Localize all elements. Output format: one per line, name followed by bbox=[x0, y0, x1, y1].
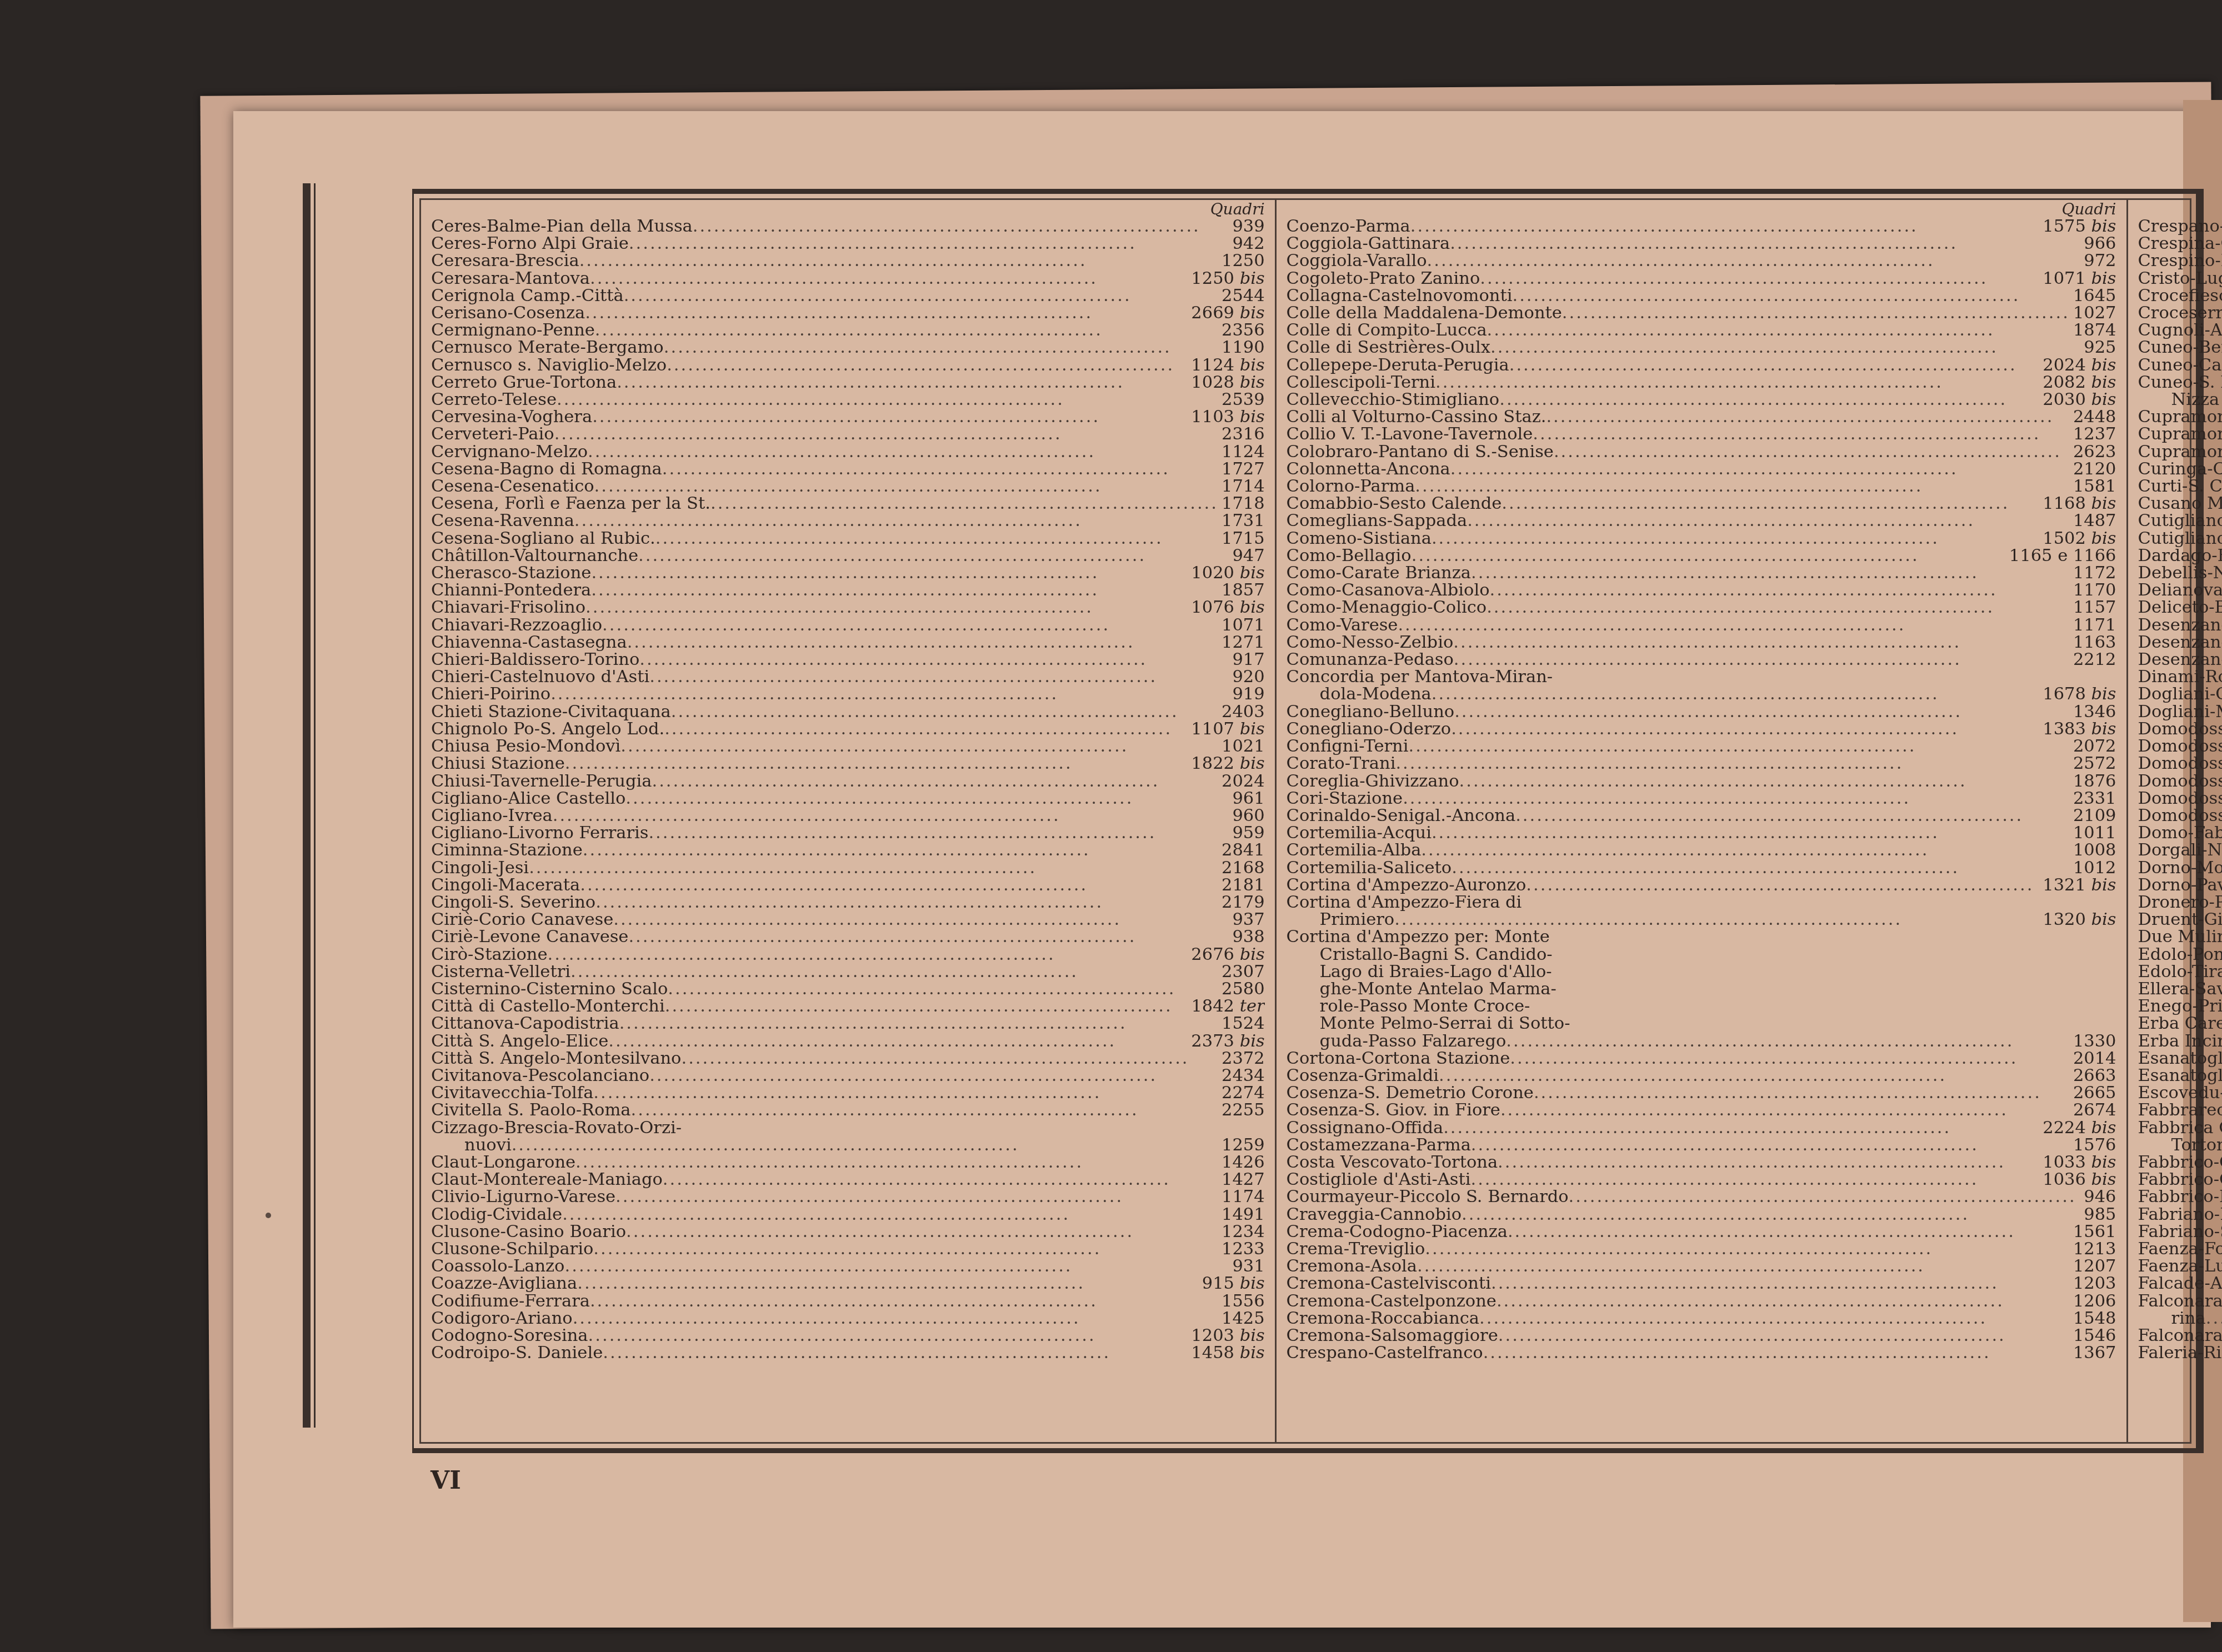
quadro-number: 1546 bbox=[2070, 1327, 2116, 1344]
quadro-number: 2024 bis bbox=[2039, 357, 2116, 374]
index-entry: Cupramontana-Staffolo-Jesi2131 bbox=[2138, 443, 2222, 460]
leader-dots bbox=[662, 460, 1218, 478]
route-name: Cristo-Lugagnano bbox=[2138, 270, 2222, 287]
route-name: Cristallo-Bagni S. Candido- bbox=[1320, 946, 1553, 963]
leader-dots bbox=[1498, 1154, 2039, 1171]
quadri-header: Quadri bbox=[2138, 201, 2222, 218]
leader-dots bbox=[1403, 790, 2070, 807]
leader-dots bbox=[1479, 1310, 2070, 1327]
quadro-number: 2372 bbox=[1218, 1050, 1265, 1067]
leader-dots bbox=[1398, 617, 2069, 634]
index-entry: Cuneo-S. Dalmazzo di Tenda- bbox=[2138, 374, 2222, 391]
index-entry: Falconara M.-Chiaravalle2150 bbox=[2138, 1327, 2222, 1344]
leader-dots bbox=[655, 530, 1218, 547]
index-entry: Monte Pelmo-Serrai di Sotto- bbox=[1287, 1015, 2116, 1032]
quadro-number: 2674 bbox=[2070, 1102, 2116, 1119]
quadro-number: 1157 bbox=[2070, 599, 2116, 616]
index-entry: Codifiume-Ferrara1556 bbox=[431, 1293, 1265, 1310]
route-name: Cuneo-Carrù bbox=[2138, 357, 2222, 374]
route-name: Cervignano-Melzo bbox=[431, 443, 588, 460]
index-entry: Cesena, Forlì e Faenza per la St.1718 bbox=[431, 495, 1265, 512]
route-name: Crocefieschi-Busalla bbox=[2138, 287, 2222, 304]
route-name: Cesena, Forlì e Faenza per la St. bbox=[431, 495, 710, 512]
index-entry: Lago di Braies-Lago d'Allo- bbox=[1287, 963, 2116, 980]
quadri-header: Quadri bbox=[431, 201, 1265, 218]
quadro-number: 1103 bis bbox=[1188, 408, 1264, 425]
route-name: Dogliani-Murazzano bbox=[2138, 703, 2222, 720]
route-name: Chieti Stazione-Civitaquana bbox=[431, 703, 671, 720]
leader-dots bbox=[2206, 1310, 2222, 1327]
route-name: Cisterna-Velletri bbox=[431, 963, 570, 980]
index-entry: Ceresara-Brescia1250 bbox=[431, 252, 1265, 269]
leader-dots bbox=[1427, 252, 2081, 269]
leader-dots bbox=[551, 685, 1229, 703]
index-entry: Erba Incino-Lecco1178 bbox=[2138, 1033, 2222, 1050]
route-name: Coenzo-Parma bbox=[1287, 218, 1410, 235]
index-entry: Cerisano-Cosenza2669 bis bbox=[431, 304, 1265, 322]
index-entry: Collepepe-Deruta-Perugia2024 bis bbox=[1287, 357, 2116, 374]
leader-dots bbox=[648, 824, 1229, 842]
route-name: Clodig-Cividale bbox=[431, 1206, 562, 1223]
index-entry: Esanatoglia-Fabriano2170 bbox=[2138, 1050, 2222, 1067]
index-entry: Esanatoglia-Matelica Stazione2061 bbox=[2138, 1067, 2222, 1084]
leader-dots bbox=[649, 668, 1229, 685]
route-name: Colle di Sestrières-Oulx bbox=[1287, 339, 1490, 356]
index-entry: Fabbrico-Carpi1620 bis bbox=[2138, 1154, 2222, 1171]
route-name: dola-Modena bbox=[1320, 685, 1432, 703]
quadro-number: 1491 bbox=[1218, 1206, 1265, 1223]
leader-dots bbox=[593, 1084, 1218, 1102]
index-entry: Crocefieschi-Busalla1063 bis bbox=[2138, 287, 2222, 304]
leader-dots bbox=[553, 807, 1229, 824]
route-name: Como-Carate Brianza bbox=[1287, 564, 1471, 582]
route-name: Cortina d'Ampezzo per: Monte bbox=[1287, 928, 1550, 945]
route-name: Collepepe-Deruta-Perugia bbox=[1287, 357, 1509, 374]
leader-dots bbox=[1506, 1033, 2070, 1050]
leader-dots bbox=[585, 599, 1188, 616]
route-name: Coggiola-Gattinara bbox=[1287, 235, 1450, 252]
route-name: Cigliano-Livorno Ferraris bbox=[431, 824, 648, 842]
route-name: Cupramontana-Staffolo-Jesi bbox=[2138, 443, 2222, 460]
route-name: Courmayeur-Piccolo S. Bernardo bbox=[1287, 1188, 1569, 1205]
index-table-frame: Quadri Ceres-Balme-Pian della Mussa939Ce… bbox=[412, 189, 2204, 1453]
index-entry: Cremona-Castelponzone1206 bbox=[1287, 1293, 2116, 1310]
route-name: Dorgali-Nuoro bbox=[2138, 842, 2222, 859]
quadro-number: 1020 bis bbox=[1188, 564, 1264, 582]
route-name: Chiusi-Tavernelle-Perugia bbox=[431, 773, 652, 790]
route-name: Ciriè-Corio Canavese bbox=[431, 911, 613, 928]
route-name: Cremona-Castelvisconti bbox=[1287, 1275, 1491, 1292]
route-name: Cerreto-Telese bbox=[431, 391, 557, 408]
leader-dots bbox=[1467, 512, 2070, 529]
route-name: Ciminna-Stazione bbox=[431, 842, 583, 859]
quadro-number: 1124 bbox=[1218, 443, 1265, 460]
leader-dots bbox=[1421, 842, 2070, 859]
route-name: guda-Passo Falzarego bbox=[1320, 1033, 1507, 1050]
index-entry: Curinga-Catanzaro Marina2677 bbox=[2138, 460, 2222, 478]
index-entry: Cortina d'Ampezzo-Fiera di bbox=[1287, 894, 2116, 911]
quadro-number: 1036 bis bbox=[2039, 1171, 2116, 1188]
index-entry: Cerreto-Telese2539 bbox=[431, 391, 1265, 408]
quadro-number: 1021 bbox=[1218, 738, 1265, 755]
index-entry: Cosenza-S. Demetrio Corone2665 bbox=[1287, 1084, 2116, 1102]
route-name: Cirò-Stazione bbox=[431, 946, 548, 963]
route-name: Cortina d'Ampezzo-Fiera di bbox=[1287, 894, 1522, 911]
index-entry: Conegliano-Oderzo1383 bis bbox=[1287, 720, 2116, 738]
leader-dots bbox=[1432, 530, 2039, 547]
route-name: Dronero-Prazzo-Acceglio bbox=[2138, 894, 2222, 911]
index-entry: Cuneo-Benevagienna-Narzole1022 bbox=[2138, 339, 2222, 356]
index-entry: Dinami-Rosarno2694 bbox=[2138, 668, 2222, 685]
index-entry: Ciminna-Stazione2841 bbox=[431, 842, 1265, 859]
index-entry: Coreglia-Ghivizzano1876 bbox=[1287, 773, 2116, 790]
leader-dots bbox=[1491, 1275, 2070, 1292]
index-entry: Colorno-Parma1581 bbox=[1287, 478, 2116, 495]
index-entry: Faenza-Lugo1737 bbox=[2138, 1258, 2222, 1275]
leader-dots bbox=[664, 720, 1188, 738]
leader-dots bbox=[595, 894, 1218, 911]
index-entry: Cesena-Sogliano al Rubic.1715 bbox=[431, 530, 1265, 547]
index-entry: Cesena-Bagno di Romagna1727 bbox=[431, 460, 1265, 478]
index-entry: Coggiola-Gattinara966 bbox=[1287, 235, 2116, 252]
index-entry: Chiusi Stazione1822 bis bbox=[431, 755, 1265, 772]
index-entry: Dogliani-Carrù1006 bbox=[2138, 685, 2222, 703]
index-entry: Cingoli-S. Severino2179 bbox=[431, 894, 1265, 911]
leader-dots bbox=[613, 911, 1229, 928]
leader-dots bbox=[585, 304, 1188, 322]
route-name: Cremona-Roccabianca bbox=[1287, 1310, 1479, 1327]
leader-dots bbox=[652, 773, 1218, 790]
paper-spot bbox=[266, 1213, 271, 1218]
quadro-number: 1822 bis bbox=[1188, 755, 1264, 772]
index-entry: Cortemilia-Alba1008 bbox=[1287, 842, 2116, 859]
quadro-number: 1576 bbox=[2070, 1137, 2116, 1154]
route-name: nuovi bbox=[464, 1137, 512, 1154]
quadro-number: 2212 bbox=[2070, 651, 2116, 668]
route-name: Ellera-Savona bbox=[2138, 980, 2222, 998]
route-name: Tortona bbox=[2171, 1137, 2222, 1154]
route-name: Cermignano-Penne bbox=[431, 322, 595, 339]
index-entry: dola-Modena1678 bis bbox=[1287, 685, 2116, 703]
route-name: Costa Vescovato-Tortona bbox=[1287, 1154, 1498, 1171]
route-name: Coggiola-Varallo bbox=[1287, 252, 1427, 269]
index-entry: Chieri-Poirino919 bbox=[431, 685, 1265, 703]
index-entry: Cosenza-S. Giov. in Fiore2674 bbox=[1287, 1102, 2116, 1119]
quadro-number: 917 bbox=[1229, 651, 1264, 668]
quadro-number: 1731 bbox=[1218, 512, 1265, 529]
quadro-number: 972 bbox=[2080, 252, 2116, 269]
index-entry: Cupramontana-Castelplanio2130 bbox=[2138, 408, 2222, 425]
quadro-number: 1172 bbox=[2070, 564, 2116, 582]
route-name: Cuneo-Benevagienna-Narzole bbox=[2138, 339, 2222, 356]
index-entry: Fabriano-Sassoferrato2163 bbox=[2138, 1223, 2222, 1240]
quadro-number: 2030 bis bbox=[2039, 391, 2116, 408]
index-table: Quadri Ceres-Balme-Pian della Mussa939Ce… bbox=[419, 198, 2191, 1444]
leader-dots bbox=[603, 1344, 1188, 1361]
route-name: Ceres-Forno Alpi Graie bbox=[431, 235, 629, 252]
leader-dots bbox=[1395, 755, 2069, 772]
index-entry: Clodig-Cividale1491 bbox=[431, 1206, 1265, 1223]
index-entry: Dogliani-Murazzano1007 bbox=[2138, 703, 2222, 720]
index-entry: Crespino-Rovigo1424 bbox=[2138, 252, 2222, 269]
index-entry: Cisterna-Velletri2307 bbox=[431, 963, 1265, 980]
index-entry: ghe-Monte Antelao Marma- bbox=[1287, 980, 2116, 998]
quadro-number: 938 bbox=[1229, 928, 1264, 945]
route-name: Desenzano-Guidizzolo bbox=[2138, 617, 2222, 634]
route-name: Chieri-Baldissero-Torino bbox=[431, 651, 639, 668]
route-name: Città di Castello-Monterchi bbox=[431, 998, 665, 1015]
left-margin-rule bbox=[303, 183, 311, 1428]
quadro-number: 1206 bbox=[2070, 1293, 2116, 1310]
quadro-number: 1168 bis bbox=[2039, 495, 2116, 512]
index-entry: Cristallo-Bagni S. Candido- bbox=[1287, 946, 2116, 963]
leader-dots bbox=[593, 1240, 1218, 1258]
quadro-number: 1714 bbox=[1218, 478, 1265, 495]
route-name: Cingoli-Macerata bbox=[431, 877, 580, 894]
quadro-number: 937 bbox=[1229, 911, 1264, 928]
index-entry: Coenzo-Parma1575 bis bbox=[1287, 218, 2116, 235]
index-entry: Cortina d'Ampezzo-Auronzo1321 bis bbox=[1287, 877, 2116, 894]
route-name: Chiusa Pesio-Mondovì bbox=[431, 738, 620, 755]
leader-dots bbox=[631, 1102, 1218, 1119]
leader-dots bbox=[1562, 304, 2070, 322]
index-entry: Corato-Trani2572 bbox=[1287, 755, 2116, 772]
route-name: Cosenza-S. Demetrio Corone bbox=[1287, 1084, 1534, 1102]
quadro-number: 1027 bbox=[2070, 304, 2116, 322]
route-name: Chiavari-Rezzoaglio bbox=[431, 617, 602, 634]
index-entry: Chiavenna-Castasegna1271 bbox=[431, 634, 1265, 651]
index-entry: Croceserra-Ivrea971 bis bbox=[2138, 304, 2222, 322]
index-entry: Domo-Fabriano2162 bbox=[2138, 824, 2222, 842]
index-entry: Crespano-Possagno-Molinetto1381 bbox=[2138, 218, 2222, 235]
index-entry: Falconara Alta-Falconara Ma- bbox=[2138, 1293, 2222, 1310]
leader-dots bbox=[554, 425, 1218, 443]
index-entry: Erba Carella Mariaga1177 bbox=[2138, 1015, 2222, 1032]
route-name: Concordia per Mantova-Miran- bbox=[1287, 668, 1553, 685]
leader-dots bbox=[710, 495, 1218, 512]
quadro-number: 1203 bbox=[2070, 1275, 2116, 1292]
route-name: Chiavari-Frisolino bbox=[431, 599, 585, 616]
leader-dots bbox=[681, 1050, 1218, 1067]
index-entry: Colonnetta-Ancona2120 bbox=[1287, 460, 2116, 478]
leader-dots bbox=[579, 252, 1218, 269]
route-name: Claut-Montereale-Maniago bbox=[431, 1171, 663, 1188]
index-entry: Domodossola-Sempione Vetta983 bbox=[2138, 790, 2222, 807]
route-name: Fabbrico-Reggio Emilia bbox=[2138, 1188, 2222, 1205]
route-name: Codroipo-S. Daniele bbox=[431, 1344, 603, 1361]
route-name: Clivio-Ligurno-Varese bbox=[431, 1188, 615, 1205]
route-name: Crespano-Castelfranco bbox=[1287, 1344, 1483, 1361]
index-entry: guda-Passo Falzarego1330 bbox=[1287, 1033, 2116, 1050]
index-entry: Cermignano-Penne2356 bbox=[431, 322, 1265, 339]
leader-dots bbox=[588, 443, 1218, 460]
leader-dots bbox=[595, 322, 1218, 339]
route-name: Costamezzana-Parma bbox=[1287, 1137, 1471, 1154]
route-name: Cuneo-S. Dalmazzo di Tenda- bbox=[2138, 374, 2222, 391]
route-name: Ceres-Balme-Pian della Mussa bbox=[431, 218, 693, 235]
route-name: Fabbrico-Carpi bbox=[2138, 1154, 2222, 1171]
quadro-number: 2669 bis bbox=[1188, 304, 1264, 322]
route-name: Desenzano-Manerba-Cunettone bbox=[2138, 634, 2222, 651]
quadro-number: 1071 bbox=[1218, 617, 1265, 634]
index-entry: Faenza-Forlì1738 bbox=[2138, 1240, 2222, 1258]
route-name: Corinaldo-Senigal.-Ancona bbox=[1287, 807, 1516, 824]
index-entry: Coazze-Avigliana915 bis bbox=[431, 1275, 1265, 1292]
quadro-number: 2841 bbox=[1218, 842, 1265, 859]
quadro-number: 1033 bis bbox=[2039, 1154, 2116, 1171]
route-name: Cizzago-Brescia-Rovato-Orzi- bbox=[431, 1119, 682, 1137]
quadro-number: 1271 bbox=[1218, 634, 1265, 651]
quadro-number: 1207 bbox=[2070, 1258, 2116, 1275]
index-entry: Cremona-Castelvisconti1203 bbox=[1287, 1275, 2116, 1292]
index-entry: Crespina-Collesalvetti1849 bbox=[2138, 235, 2222, 252]
index-entry: Primiero1320 bis bbox=[1287, 911, 2116, 928]
quadro-number: 1346 bbox=[2070, 703, 2116, 720]
index-entry: Debellis-Nimis-Udine1434 bbox=[2138, 564, 2222, 582]
index-entry: Domodossola-Macugnaga984 bbox=[2138, 755, 2222, 772]
leader-dots bbox=[1412, 547, 2006, 564]
quadro-number: 2572 bbox=[2070, 755, 2116, 772]
quadro-number: 1233 bbox=[1218, 1240, 1265, 1258]
index-entry: Clusone-Schilpario1233 bbox=[431, 1240, 1265, 1258]
index-entry: Cortona-Cortona Stazione2014 bbox=[1287, 1050, 2116, 1067]
route-name: Erba Carella Mariaga bbox=[2138, 1015, 2222, 1032]
leader-dots bbox=[1510, 1050, 2070, 1067]
route-name: Comeno-Sistiana bbox=[1287, 530, 1432, 547]
quadro-number: 1502 bis bbox=[2039, 530, 2116, 547]
route-name: Civitella S. Paolo-Roma bbox=[431, 1102, 631, 1119]
leader-dots bbox=[594, 478, 1218, 495]
leader-dots bbox=[649, 1067, 1218, 1084]
route-name: Croceserra-Ivrea bbox=[2138, 304, 2222, 322]
quadro-number: 1842 ter bbox=[1188, 998, 1264, 1015]
index-entry: Cisternino-Cisternino Scalo2580 bbox=[431, 980, 1265, 998]
route-name: Civitanova-Pescolanciano bbox=[431, 1067, 649, 1084]
index-entry: Cervesina-Voghera1103 bis bbox=[431, 408, 1265, 425]
route-name: Fabbrico-Correggio bbox=[2138, 1171, 2222, 1188]
index-rows: Crespano-Possagno-Molinetto1381Crespina-… bbox=[2138, 218, 2222, 1361]
route-name: Chianni-Pontedera bbox=[431, 582, 591, 599]
quadro-number: 1561 bbox=[2070, 1223, 2116, 1240]
index-column-3: Quadri Crespano-Possagno-Molinetto1381Cr… bbox=[2128, 200, 2222, 1442]
leader-dots bbox=[588, 1327, 1188, 1344]
quadro-number: 2356 bbox=[1218, 322, 1265, 339]
route-name: Cugnoli-Alanno bbox=[2138, 322, 2222, 339]
quadro-number: 1071 bis bbox=[2039, 270, 2116, 287]
index-entry: Claut-Longarone1426 bbox=[431, 1154, 1265, 1171]
route-name: role-Passo Monte Croce- bbox=[1320, 998, 1530, 1015]
route-name: Chiusi Stazione bbox=[431, 755, 565, 772]
route-name: Collescipoli-Terni bbox=[1287, 374, 1435, 391]
index-entry: Codogno-Soresina1203 bis bbox=[431, 1327, 1265, 1344]
index-entry: Cittanova-Capodistria1524 bbox=[431, 1015, 1265, 1032]
route-name: Cesena-Bagno di Romagna bbox=[431, 460, 662, 478]
index-entry: Druent-Givoletto929 bbox=[2138, 911, 2222, 928]
index-entry: rina2150 bis bbox=[2138, 1310, 2222, 1327]
quadro-number: 961 bbox=[1229, 790, 1264, 807]
leader-dots bbox=[1410, 218, 2040, 235]
index-entry: Como-Menaggio-Colico1157 bbox=[1287, 599, 2116, 616]
route-name: Cherasco-Stazione bbox=[431, 564, 591, 582]
index-entry: Cosenza-Grimaldi2663 bbox=[1287, 1067, 2116, 1084]
quadro-number: 946 bbox=[2080, 1188, 2116, 1205]
index-entry: Cossignano-Offida2224 bis bbox=[1287, 1119, 2116, 1137]
leader-dots bbox=[617, 374, 1188, 391]
route-name: Crema-Treviglio bbox=[1287, 1240, 1425, 1258]
route-name: Druent-Givoletto bbox=[2138, 911, 2222, 928]
leader-dots bbox=[1454, 651, 2070, 668]
quadro-number: 939 bbox=[1229, 218, 1264, 235]
route-name: Collio V. T.-Lavone-Tavernole bbox=[1287, 425, 1533, 443]
leader-dots bbox=[1453, 634, 2070, 651]
index-entry: Dorno-Pavia1100-1100 bis-1100 ter bbox=[2138, 877, 2222, 894]
route-name: Codigoro-Ariano bbox=[431, 1310, 573, 1327]
quadro-number: 1124 bis bbox=[1188, 357, 1264, 374]
index-entry: Ciriè-Corio Canavese937 bbox=[431, 911, 1265, 928]
index-entry: Fabbrica Curone-Monleale- bbox=[2138, 1119, 2222, 1137]
route-name: ghe-Monte Antelao Marma- bbox=[1320, 980, 1557, 998]
leader-dots bbox=[1417, 1258, 2070, 1275]
index-entry: Chieri-Baldissero-Torino917 bbox=[431, 651, 1265, 668]
route-name: Lago di Braies-Lago d'Allo- bbox=[1320, 963, 1552, 980]
index-entry: Civitella S. Paolo-Roma2255 bbox=[431, 1102, 1265, 1119]
leader-dots bbox=[667, 357, 1188, 374]
quadro-number: 1383 bis bbox=[2039, 720, 2116, 738]
leader-dots bbox=[1425, 1240, 2070, 1258]
route-name: Debellis-Nimis-Udine bbox=[2138, 564, 2222, 582]
index-entry: Cortina d'Ampezzo per: Monte bbox=[1287, 928, 2116, 945]
route-name: Cesena-Sogliano al Rubic. bbox=[431, 530, 655, 547]
index-entry: Codigoro-Ariano1425 bbox=[431, 1310, 1265, 1327]
leader-dots bbox=[575, 1154, 1218, 1171]
leader-dots bbox=[1459, 773, 2070, 790]
route-name: Dardago-Budoia-Sacile bbox=[2138, 547, 2222, 564]
leader-dots bbox=[1435, 374, 2039, 391]
index-entry: Cristo-Lugagnano1566 bis bbox=[2138, 270, 2222, 287]
index-entry: Como-Nesso-Zelbio1163 bbox=[1287, 634, 2116, 651]
leader-dots bbox=[1451, 720, 2039, 738]
index-entry: Chignolo Po-S. Angelo Lod.1107 bis bbox=[431, 720, 1265, 738]
route-name: Domodossola-Cascata del Toce bbox=[2138, 738, 2222, 755]
route-name: Chieri-Castelnuovo d'Asti bbox=[431, 668, 649, 685]
index-entry: Dardago-Budoia-Sacile1438 bbox=[2138, 547, 2222, 564]
leader-dots bbox=[580, 877, 1218, 894]
leader-dots bbox=[1454, 703, 2070, 720]
route-name: Esanatoglia-Fabriano bbox=[2138, 1050, 2222, 1067]
route-name: Monte Pelmo-Serrai di Sotto- bbox=[1320, 1015, 1570, 1032]
route-name: Chieri-Poirino bbox=[431, 685, 551, 703]
leader-dots bbox=[627, 634, 1218, 651]
leader-dots bbox=[1450, 235, 2080, 252]
route-name: Colonnetta-Ancona bbox=[1287, 460, 1450, 478]
index-entry: Chianni-Pontedera1857 bbox=[431, 582, 1265, 599]
index-entry: Cernusco s. Naviglio-Melzo1124 bis bbox=[431, 357, 1265, 374]
route-name: Como-Menaggio-Colico bbox=[1287, 599, 1487, 616]
index-column-2: Quadri Coenzo-Parma1575 bisCoggiola-Gatt… bbox=[1277, 200, 2128, 1442]
leader-dots bbox=[628, 928, 1229, 945]
index-entry: Enego-Primolano1349 bis bbox=[2138, 998, 2222, 1015]
leader-dots bbox=[619, 1015, 1218, 1032]
route-name: Colorno-Parma bbox=[1287, 478, 1415, 495]
index-entry: Cuneo-Carrù1020 bbox=[2138, 357, 2222, 374]
leader-dots bbox=[1470, 1171, 2039, 1188]
route-name: Fabriano-Fabriano Stazione bbox=[2138, 1206, 2222, 1223]
index-entry: Como-Casanova-Albiolo1170 bbox=[1287, 582, 2116, 599]
route-name: Crespano-Possagno-Molinetto bbox=[2138, 218, 2222, 235]
quadro-number: 1259 bbox=[1218, 1137, 1265, 1154]
quadro-number: 1174 bbox=[1218, 1188, 1265, 1205]
index-entry: Chiavari-Frisolino1076 bis bbox=[431, 599, 1265, 616]
